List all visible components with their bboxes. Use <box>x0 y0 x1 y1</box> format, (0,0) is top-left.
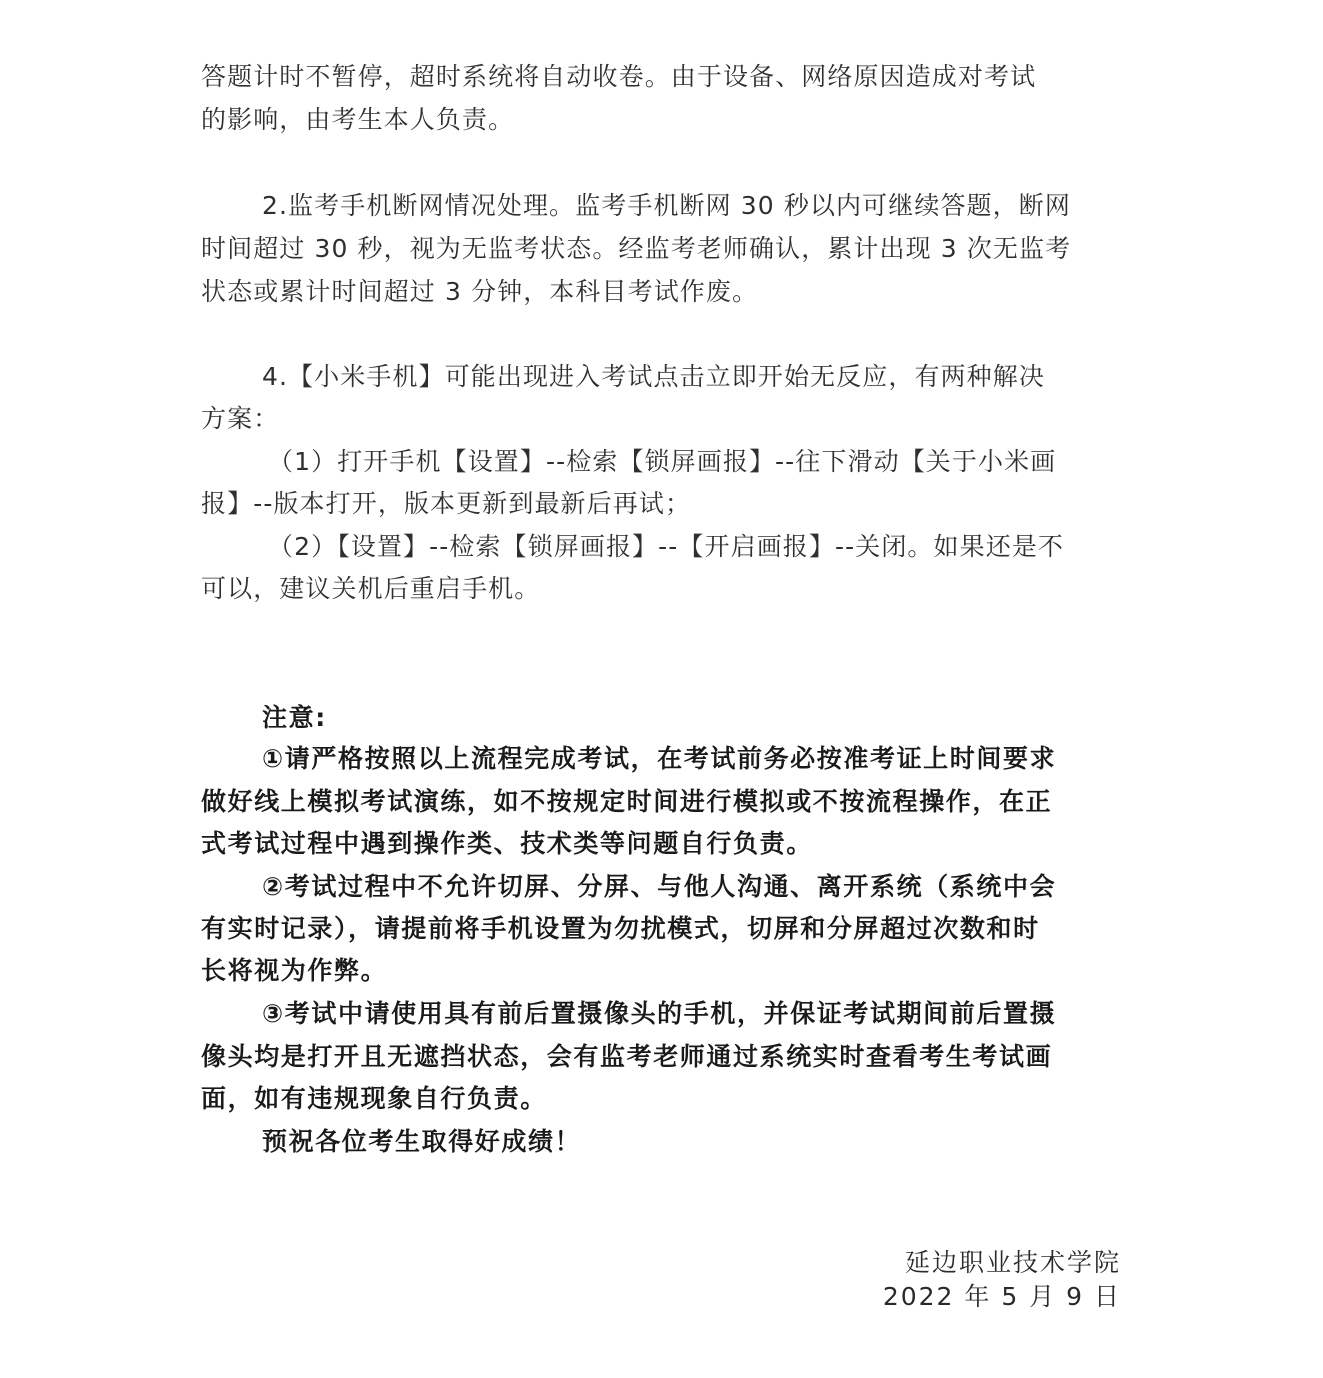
notice-item-line: 有实时记录），请提前将手机设置为勿扰模式，切屏和分屏超过次数和时 <box>201 914 1121 944</box>
notice-heading: 注意: <box>262 703 1122 733</box>
solution-line: （1）打开手机【设置】--检索【锁屏画报】--往下滑动【关于小米画 <box>268 447 1122 477</box>
notice-item-line: 像头均是打开且无遮挡状态，会有监考老师通过系统实时查看考生考试画 <box>201 1042 1121 1072</box>
paragraph-line: 4.【小米手机】可能出现进入考试点击立即开始无反应，有两种解决 <box>262 362 1122 392</box>
notice-item-line: ③考试中请使用具有前后置摄像头的手机，并保证考试期间前后置摄 <box>262 999 1122 1029</box>
solution-line: （2）【设置】--检索【锁屏画报】--【开启画报】--关闭。如果还是不 <box>268 532 1122 562</box>
notice-item-line: ①请严格按照以上流程完成考试，在考试前务必按准考证上时间要求 <box>262 744 1122 774</box>
signature-date: 2022 年 5 月 9 日 <box>883 1282 1121 1312</box>
paragraph-line: 的影响，由考生本人负责。 <box>201 105 1121 135</box>
document-page: 答题计时不暂停，超时系统将自动收卷。由于设备、网络原因造成对考试 的影响，由考生… <box>0 0 1323 1378</box>
notice-item-line: 做好线上模拟考试演练，如不按规定时间进行模拟或不按流程操作，在正 <box>201 787 1121 817</box>
paragraph-line: 2.监考手机断网情况处理。监考手机断网 30 秒以内可继续答题，断网 <box>262 191 1122 221</box>
paragraph-line: 答题计时不暂停，超时系统将自动收卷。由于设备、网络原因造成对考试 <box>201 62 1121 92</box>
solution-line: 可以，建议关机后重启手机。 <box>201 574 1121 604</box>
signature-organization: 延边职业技术学院 <box>905 1248 1121 1278</box>
notice-item-line: ②考试过程中不允许切屏、分屏、与他人沟通、离开系统（系统中会 <box>262 872 1122 902</box>
paragraph-line: 时间超过 30 秒，视为无监考状态。经监考老师确认，累计出现 3 次无监考 <box>201 234 1121 264</box>
paragraph-line: 方案： <box>201 404 1121 434</box>
solution-line: 报】--版本打开，版本更新到最新后再试； <box>201 489 1121 519</box>
notice-item-line: 长将视为作弊。 <box>201 956 1121 986</box>
notice-item-line: 式考试过程中遇到操作类、技术类等问题自行负责。 <box>201 829 1121 859</box>
notice-item-line: 面，如有违规现象自行负责。 <box>201 1084 1121 1114</box>
paragraph-line: 状态或累计时间超过 3 分钟，本科目考试作废。 <box>201 277 1121 307</box>
closing-line: 预祝各位考生取得好成绩！ <box>262 1127 1122 1157</box>
